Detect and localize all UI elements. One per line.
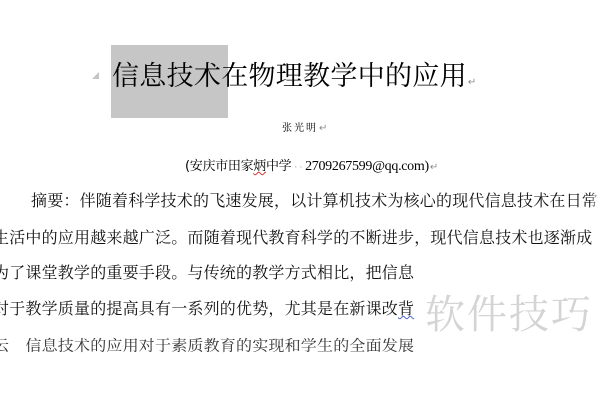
spelling-error-word[interactable]: 炳 bbox=[253, 159, 266, 174]
watermark-text: 软件技巧 bbox=[425, 283, 593, 340]
body-line-5-text: 云 信息技术的应用对于素质教育的实现和学生的全面发展 bbox=[0, 334, 414, 355]
body-clipped-region: 为了课堂教学的重要手段。与传统的教学方式相比，把信息 对于教学质量的提高具有一系… bbox=[0, 255, 417, 375]
body-line-4-text: 对于教学质量的提高具有一系列的优势，尤其是在新课改 bbox=[0, 299, 398, 318]
affiliation-suffix: 中学 bbox=[266, 159, 291, 174]
affiliation-prefix: (安庆市田家 bbox=[185, 159, 253, 174]
body-line-2[interactable]: 生活中的应用越来越广泛。而随着现代教育科学的不断进步，现代信息技术也逐渐成 bbox=[0, 225, 592, 248]
body-line-3[interactable]: 为了课堂教学的重要手段。与传统的教学方式相比，把信息 bbox=[0, 260, 414, 283]
title-rest-text[interactable]: 在物理教学中的应用 bbox=[221, 61, 467, 92]
title-selected-text[interactable]: 信息技术 bbox=[112, 61, 221, 92]
document-page: 信息技术在物理教学中的应用↵ 张光明↵ (安庆市田家炳中学· ·27092675… bbox=[0, 0, 600, 400]
paragraph-mark-icon: ↵ bbox=[430, 162, 438, 173]
author-email: 2709267599@qq.com) bbox=[305, 159, 429, 174]
paragraph-collapse-marker-icon[interactable] bbox=[92, 72, 99, 79]
paragraph-mark-icon: ↵ bbox=[468, 77, 477, 88]
author-text: 张光明 bbox=[282, 123, 318, 134]
body-line-5[interactable]: 云 信息技术的应用对于素质教育的实现和学生的全面发展 bbox=[0, 333, 414, 356]
body-line-4[interactable]: 对于教学质量的提高具有一系列的优势，尤其是在新课改背 bbox=[0, 296, 414, 319]
author-name[interactable]: 张光明↵ bbox=[282, 119, 329, 134]
space-marks: · · bbox=[294, 163, 302, 173]
paragraph-mark-icon: ↵ bbox=[319, 123, 329, 134]
body-line-1[interactable]: 摘要：伴随着科学技术的飞速发展，以计算机技术为核心的现代信息技术在日常 bbox=[31, 188, 598, 211]
document-title[interactable]: 信息技术在物理教学中的应用↵ bbox=[112, 59, 477, 101]
edge-fade bbox=[590, 180, 600, 280]
grammar-error-word[interactable]: 背 bbox=[398, 299, 414, 318]
author-affiliation[interactable]: (安庆市田家炳中学· ·2709267599@qq.com)↵ bbox=[185, 155, 438, 175]
